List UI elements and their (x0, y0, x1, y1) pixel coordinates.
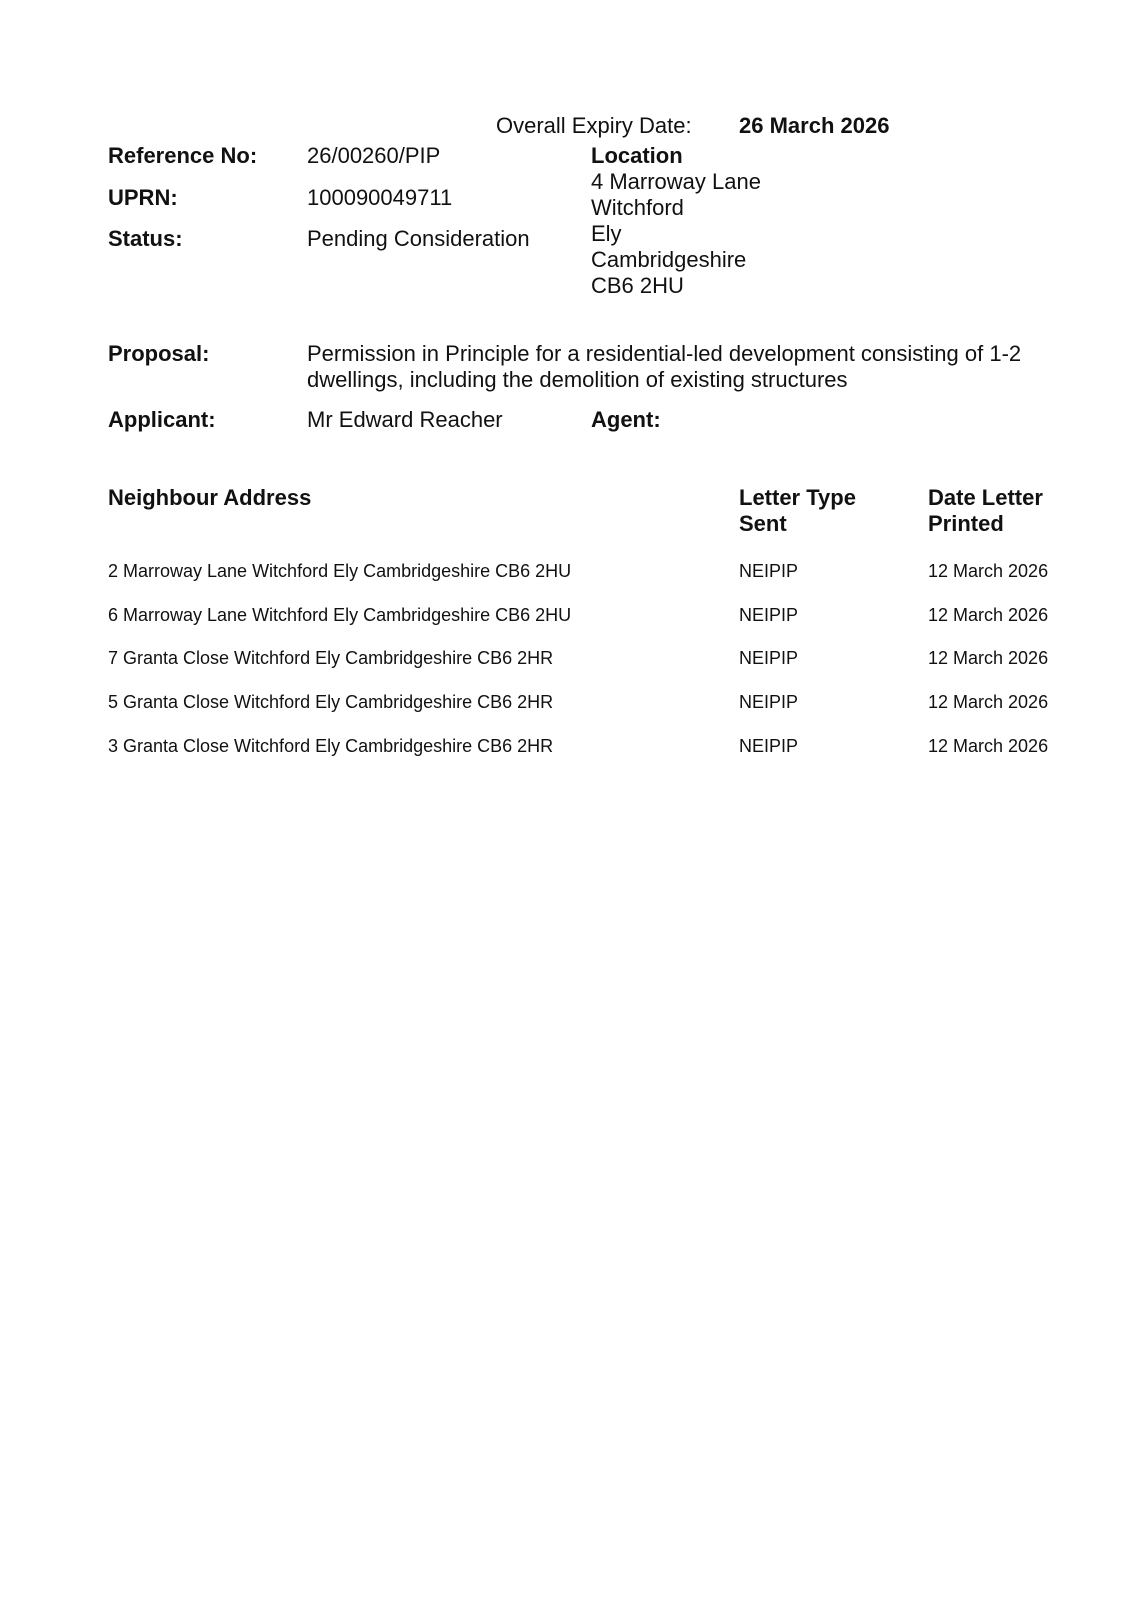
location-line: CB6 2HU (591, 273, 761, 299)
applicant-label: Applicant: (108, 407, 216, 433)
location-line: Ely (591, 221, 761, 247)
neighbour-address: 2 Marroway Lane Witchford Ely Cambridges… (108, 560, 571, 582)
location-line: Cambridgeshire (591, 247, 761, 273)
letter-type: NEIPIP (739, 647, 798, 669)
column-header-date-letter-printed: Date Letter Printed (928, 485, 1088, 537)
date-printed: 12 March 2026 (928, 735, 1048, 757)
uprn-value: 100090049711 (307, 185, 452, 211)
neighbour-address: 3 Granta Close Witchford Ely Cambridgesh… (108, 735, 553, 757)
column-header-neighbour-address: Neighbour Address (108, 485, 311, 511)
neighbour-address: 5 Granta Close Witchford Ely Cambridgesh… (108, 691, 553, 713)
letter-type: NEIPIP (739, 691, 798, 713)
letter-type: NEIPIP (739, 604, 798, 626)
date-printed: 12 March 2026 (928, 647, 1048, 669)
uprn-label: UPRN: (108, 185, 178, 211)
neighbour-address: 6 Marroway Lane Witchford Ely Cambridges… (108, 604, 571, 626)
date-printed: 12 March 2026 (928, 560, 1048, 582)
agent-label: Agent: (591, 407, 661, 433)
date-printed: 12 March 2026 (928, 691, 1048, 713)
reference-number-value: 26/00260/PIP (307, 143, 440, 169)
column-header-letter-type-sent: Letter Type Sent (739, 485, 899, 537)
location-line: Witchford (591, 195, 761, 221)
letter-type: NEIPIP (739, 735, 798, 757)
proposal-label: Proposal: (108, 341, 209, 367)
applicant-value: Mr Edward Reacher (307, 407, 503, 433)
overall-expiry-date-label: Overall Expiry Date: (496, 113, 692, 139)
location-label: Location (591, 143, 761, 169)
reference-number-label: Reference No: (108, 143, 257, 169)
status-value: Pending Consideration (307, 226, 530, 252)
overall-expiry-date-value: 26 March 2026 (739, 113, 889, 139)
date-printed: 12 March 2026 (928, 604, 1048, 626)
neighbour-address: 7 Granta Close Witchford Ely Cambridgesh… (108, 647, 553, 669)
letter-type: NEIPIP (739, 560, 798, 582)
location-block: Location 4 Marroway Lane Witchford Ely C… (591, 143, 761, 299)
proposal-value: Permission in Principle for a residentia… (307, 341, 1067, 393)
location-line: 4 Marroway Lane (591, 169, 761, 195)
status-label: Status: (108, 226, 183, 252)
